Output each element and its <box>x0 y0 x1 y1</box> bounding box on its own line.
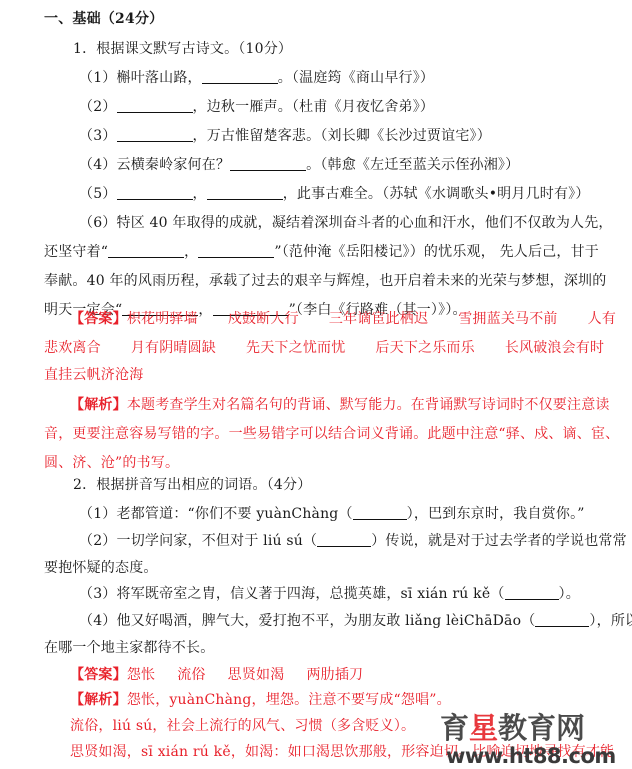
q1-item-6-line-1: （6）特区 40 年取得的成就，凝结着深圳奋斗者的心血和汗水，他们不仅敢为人先， <box>79 214 613 232</box>
answer-tag: 【答案】 <box>70 311 127 327</box>
q1-item-6-line-3: 奉献。40 年的风雨历程，承载了过去的艰辛与辉煌，也开启着未来的光荣与梦想，深圳… <box>44 272 606 290</box>
q2-analysis-line-2: 流俗，liú sú，社会上流行的风气、习惯（多含贬义）。 <box>70 717 415 735</box>
answer-blank[interactable] <box>505 585 559 600</box>
answer-item: 枳花明驿墙 <box>127 311 198 327</box>
item-number: （5） <box>79 186 117 202</box>
item-text: ），所以 <box>589 613 632 629</box>
q1-analysis-line-2: 音，更要注意容易写错的字。一些易错字可以结合词义背诵。此题中注意“驿、戍、谪、宦… <box>44 425 619 443</box>
q1-item-4: （4）云横秦岭家何在？。（韩愈《左迁至蓝关示侄孙湘》） <box>79 156 519 174</box>
q2-analysis-line-1: 【解析】怨怅，yuànChàng，埋怨。注意不要写成“怨唱”。 <box>70 691 451 709</box>
watermark-logo: 育星教育网 www.ht88.com <box>440 712 630 769</box>
watermark-text: 教育网 <box>498 711 585 745</box>
item-text: 云横秦岭家何在？ <box>117 157 231 173</box>
item-text: 一切学问家，不但对于 liú sú（ <box>117 533 318 549</box>
item-text: 还坚守着“ <box>44 244 108 260</box>
answer-item: 后天下之乐而乐 <box>375 340 474 356</box>
item-number: （2） <box>79 533 117 549</box>
q1-item-2: （2），边秋一雁声。（杜甫《月夜忆舍弟》） <box>79 98 434 116</box>
q1-answer-line-1: 【答案】枳花明驿墙戍鼓断人行三年谪宦此栖迟雪拥蓝关马不前人有 <box>70 310 616 328</box>
q2-item-1: （1）老都管道：“你们不要 yuànChàng（），巴到东京时，我自赏你。” <box>79 505 585 523</box>
item-text: ”（范仲淹《岳阳楼记》）的忧乐观， 先人后己，甘于 <box>274 244 599 260</box>
answer-item: 思贤如渴 <box>228 667 285 683</box>
item-text: 他又好喝酒，脾气大，爱打抱不平，为朋友敢 liǎng lèiChāDāo（ <box>117 613 536 629</box>
q1-answer-line-2: 悲欢离合月有阴晴圆缺先天下之忧而忧后天下之乐而乐长风破浪会有时 <box>44 339 604 357</box>
item-number: （3） <box>79 128 117 144</box>
answer-blank[interactable] <box>117 127 193 142</box>
answer-item: 先天下之忧而忧 <box>246 340 345 356</box>
answer-tag: 【答案】 <box>70 667 127 683</box>
item-text: 。（韩愈《左迁至蓝关示侄孙湘》） <box>306 157 519 173</box>
item-text: ，此事古难全。（苏轼《水调歌头•明月几时有》） <box>283 186 590 202</box>
section-heading: 一、基础（24分） <box>44 10 163 28</box>
analysis-text: 怨怅，yuànChàng，埋怨。注意不要写成“怨唱”。 <box>127 692 451 708</box>
item-text: 槲叶落山路， <box>117 70 202 86</box>
item-text: 将军既帝室之胄，信义著于四海，总揽英雄，sī xián rú kě（ <box>117 586 505 602</box>
analysis-tag: 【解析】 <box>70 397 127 413</box>
answer-blank[interactable] <box>230 156 306 171</box>
answer-item: 人有 <box>588 311 616 327</box>
item-text: 。（温庭筠《商山早行》） <box>278 70 434 86</box>
item-text: ）传说，就是对于过去学者的学说也常常 <box>371 533 627 549</box>
item-text: ， <box>184 244 198 260</box>
q1-analysis-line-3: 圆、济、沧”的书写。 <box>44 454 179 472</box>
question-1-title: 1．根据课文默写古诗文。（10分） <box>73 40 292 58</box>
q2-item-4: （4）他又好喝酒，脾气大，爱打抱不平，为朋友敢 liǎng lèiChāDāo（… <box>79 612 632 630</box>
answer-blank[interactable] <box>108 243 184 258</box>
answer-item: 两肋插刀 <box>306 667 363 683</box>
q1-answer-line-3: 直挂云帆济沧海 <box>44 366 143 384</box>
document-page: 一、基础（24分） 1．根据课文默写古诗文。（10分） （1）槲叶落山路，。（温… <box>0 0 632 769</box>
answer-blank[interactable] <box>535 612 589 627</box>
analysis-text: 本题考查学生对名篇名句的背诵、默写能力。在背诵默写诗词时不仅要注意读 <box>127 397 610 413</box>
q2-item-4-cont: 在哪一个地主家都待不长。 <box>44 639 214 657</box>
watermark-star-char: 星 <box>469 711 498 745</box>
item-number: （4） <box>79 613 117 629</box>
answer-blank[interactable] <box>202 69 278 84</box>
answer-blank[interactable] <box>317 532 371 547</box>
watermark-url: www.ht88.com <box>446 744 616 768</box>
q1-item-1: （1）槲叶落山路，。（温庭筠《商山早行》） <box>79 69 434 87</box>
answer-item: 三年谪宦此栖迟 <box>329 311 428 327</box>
q2-answer: 【答案】怨怅流俗思贤如渴两肋插刀 <box>70 666 363 684</box>
answer-item: 流俗 <box>177 667 205 683</box>
item-number: （2） <box>79 99 117 115</box>
analysis-tag: 【解析】 <box>70 692 127 708</box>
answer-item: 雪拥蓝关马不前 <box>458 311 557 327</box>
question-2-title: 2．根据拼音写出相应的词语。（4分） <box>73 476 311 494</box>
answer-item: 怨怅 <box>127 667 155 683</box>
item-text: ）。 <box>559 586 580 602</box>
item-number: （1） <box>79 506 117 522</box>
item-text: ，边秋一雁声。（杜甫《月夜忆舍弟》） <box>193 99 435 115</box>
watermark-title: 育星教育网 <box>440 712 585 744</box>
answer-blank[interactable] <box>207 185 283 200</box>
answer-blank[interactable] <box>117 98 193 113</box>
item-text: ），巴到东京时，我自赏你。” <box>407 506 585 522</box>
item-text: ，万古惟留楚客悲。（刘长卿《长沙过贾谊宅》） <box>193 128 491 144</box>
item-number: （4） <box>79 157 117 173</box>
q2-item-3: （3）将军既帝室之胄，信义著于四海，总揽英雄，sī xián rú kě（）。 <box>79 585 580 603</box>
q2-item-2: （2）一切学问家，不但对于 liú sú（）传说，就是对于过去学者的学说也常常 <box>79 532 627 550</box>
item-text: ， <box>193 186 207 202</box>
answer-blank[interactable] <box>198 243 274 258</box>
item-number: （1） <box>79 70 117 86</box>
answer-blank[interactable] <box>117 185 193 200</box>
item-text: 老都管道：“你们不要 yuànChàng（ <box>117 506 353 522</box>
answer-item: 悲欢离合 <box>44 340 101 356</box>
answer-item: 长风破浪会有时 <box>505 340 604 356</box>
answer-item: 月有阴晴圆缺 <box>131 340 216 356</box>
answer-blank[interactable] <box>353 505 407 520</box>
q2-item-2-cont: 要抱怀疑的态度。 <box>44 559 158 577</box>
watermark-text: 育 <box>440 711 469 745</box>
q1-item-5: （5），，此事古难全。（苏轼《水调歌头•明月几时有》） <box>79 185 590 203</box>
answer-item: 戍鼓断人行 <box>228 311 299 327</box>
q1-item-6-line-2: 还坚守着“，”（范仲淹《岳阳楼记》）的忧乐观， 先人后己，甘于 <box>44 243 599 261</box>
q1-analysis-line-1: 【解析】本题考查学生对名篇名句的背诵、默写能力。在背诵默写诗词时不仅要注意读 <box>70 396 610 414</box>
q1-item-3: （3），万古惟留楚客悲。（刘长卿《长沙过贾谊宅》） <box>79 127 491 145</box>
item-number: （3） <box>79 586 117 602</box>
